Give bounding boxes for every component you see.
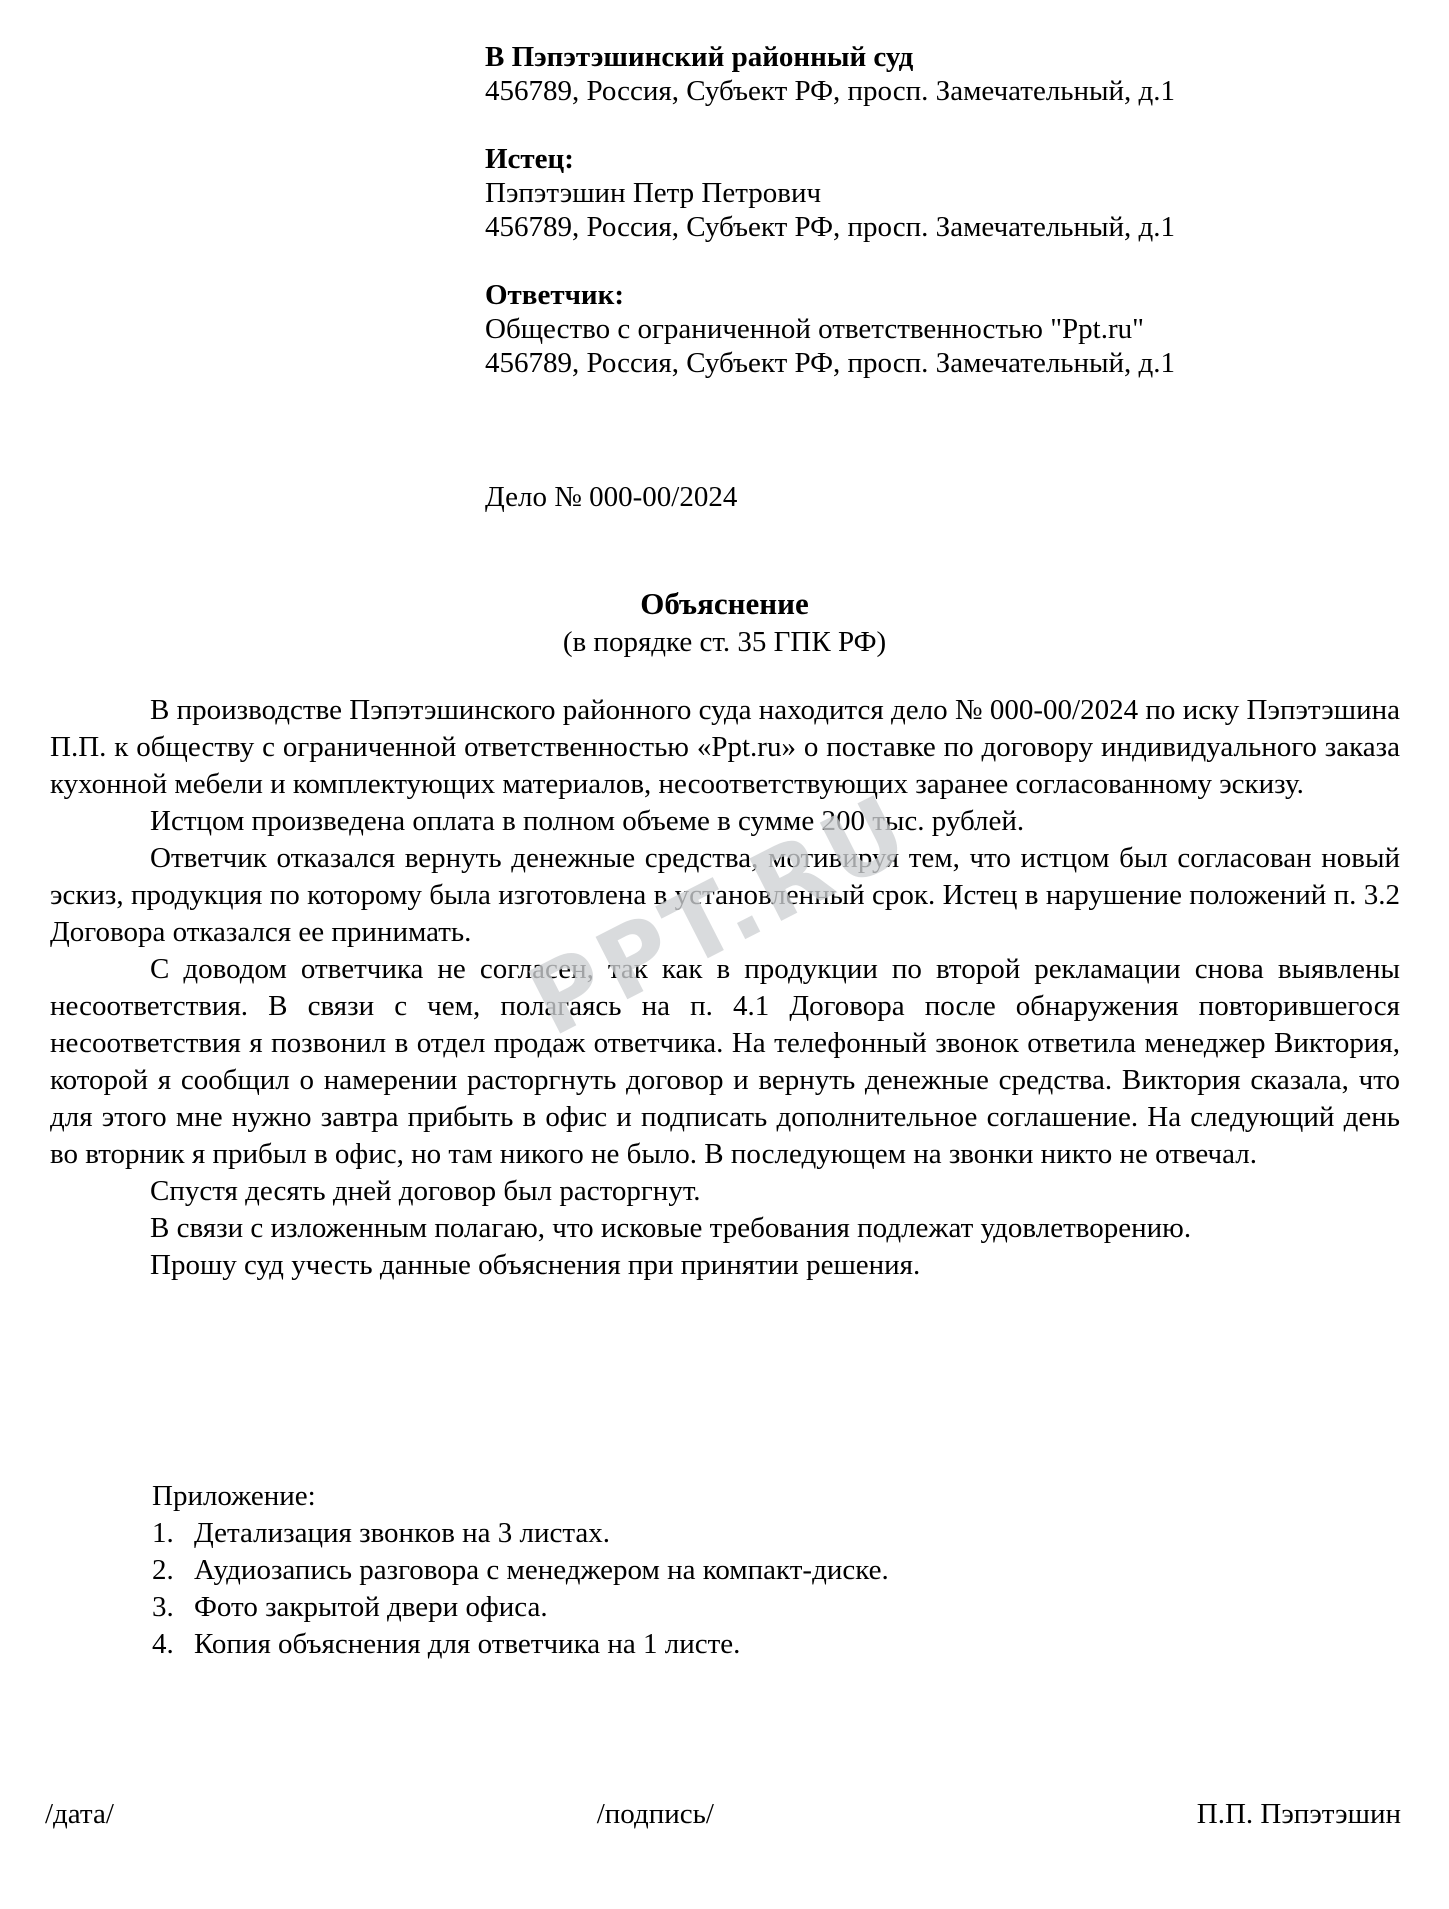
defendant-address: 456789, Россия, Субъект РФ, просп. Замеч… [485, 346, 1415, 380]
court-name: В Пэпэтэшинский районный суд [485, 40, 1415, 74]
paragraph: В производстве Пэпэтэшинского районного … [50, 692, 1400, 803]
attachment-item: 3. Фото закрытой двери офиса. [152, 1589, 1352, 1626]
case-number: Дело № 000-00/2024 [485, 480, 1415, 514]
paragraph: С доводом ответчика не согласен, так как… [50, 951, 1400, 1173]
attachments-heading: Приложение: [152, 1478, 1352, 1515]
defendant-name: Общество с ограниченной ответственностью… [485, 312, 1415, 346]
spacer [485, 108, 1415, 142]
defendant-label: Ответчик: [485, 278, 1415, 312]
document-subtitle: (в порядке ст. 35 ГПК РФ) [0, 623, 1449, 661]
court-address: 456789, Россия, Субъект РФ, просп. Замеч… [485, 74, 1415, 108]
attachment-number: 3. [152, 1589, 194, 1626]
plaintiff-name: Пэпэтэшин Петр Петрович [485, 176, 1415, 210]
paragraph: Ответчик отказался вернуть денежные сред… [50, 840, 1400, 951]
document-page: В Пэпэтэшинский районный суд 456789, Рос… [0, 0, 1449, 1909]
attachment-text: Детализация звонков на 3 листах. [194, 1515, 610, 1552]
plaintiff-label: Истец: [485, 142, 1415, 176]
footer-block: /дата/ /подпись/ П.П. Пэпэтэшин [45, 1798, 1401, 1831]
header-block: В Пэпэтэшинский районный суд 456789, Рос… [485, 40, 1415, 514]
paragraph: Спустя десять дней договор был расторгну… [50, 1173, 1400, 1210]
attachment-text: Аудиозапись разговора с менеджером на ко… [194, 1552, 889, 1589]
attachment-text: Копия объяснения для ответчика на 1 лист… [194, 1626, 740, 1663]
attachment-number: 2. [152, 1552, 194, 1589]
attachment-text: Фото закрытой двери офиса. [194, 1589, 548, 1626]
attachments-block: Приложение: 1. Детализация звонков на 3 … [152, 1478, 1352, 1663]
attachment-number: 1. [152, 1515, 194, 1552]
footer-date-placeholder: /дата/ [45, 1798, 114, 1831]
attachment-item: 2. Аудиозапись разговора с менеджером на… [152, 1552, 1352, 1589]
paragraph: Прошу суд учесть данные объяснения при п… [50, 1247, 1400, 1284]
attachment-item: 4. Копия объяснения для ответчика на 1 л… [152, 1626, 1352, 1663]
attachment-item: 1. Детализация звонков на 3 листах. [152, 1515, 1352, 1552]
body-block: В производстве Пэпэтэшинского районного … [50, 692, 1400, 1284]
plaintiff-address: 456789, Россия, Субъект РФ, просп. Замеч… [485, 210, 1415, 244]
attachment-number: 4. [152, 1626, 194, 1663]
footer-signature-placeholder: /подпись/ [597, 1798, 714, 1831]
spacer [485, 244, 1415, 278]
footer-author-name: П.П. Пэпэтэшин [1197, 1798, 1401, 1831]
paragraph: Истцом произведена оплата в полном объем… [50, 803, 1400, 840]
paragraph: В связи с изложенным полагаю, что исковы… [50, 1210, 1400, 1247]
spacer [485, 380, 1415, 480]
document-title: Объяснение [0, 585, 1449, 623]
title-block: Объяснение (в порядке ст. 35 ГПК РФ) [0, 585, 1449, 661]
